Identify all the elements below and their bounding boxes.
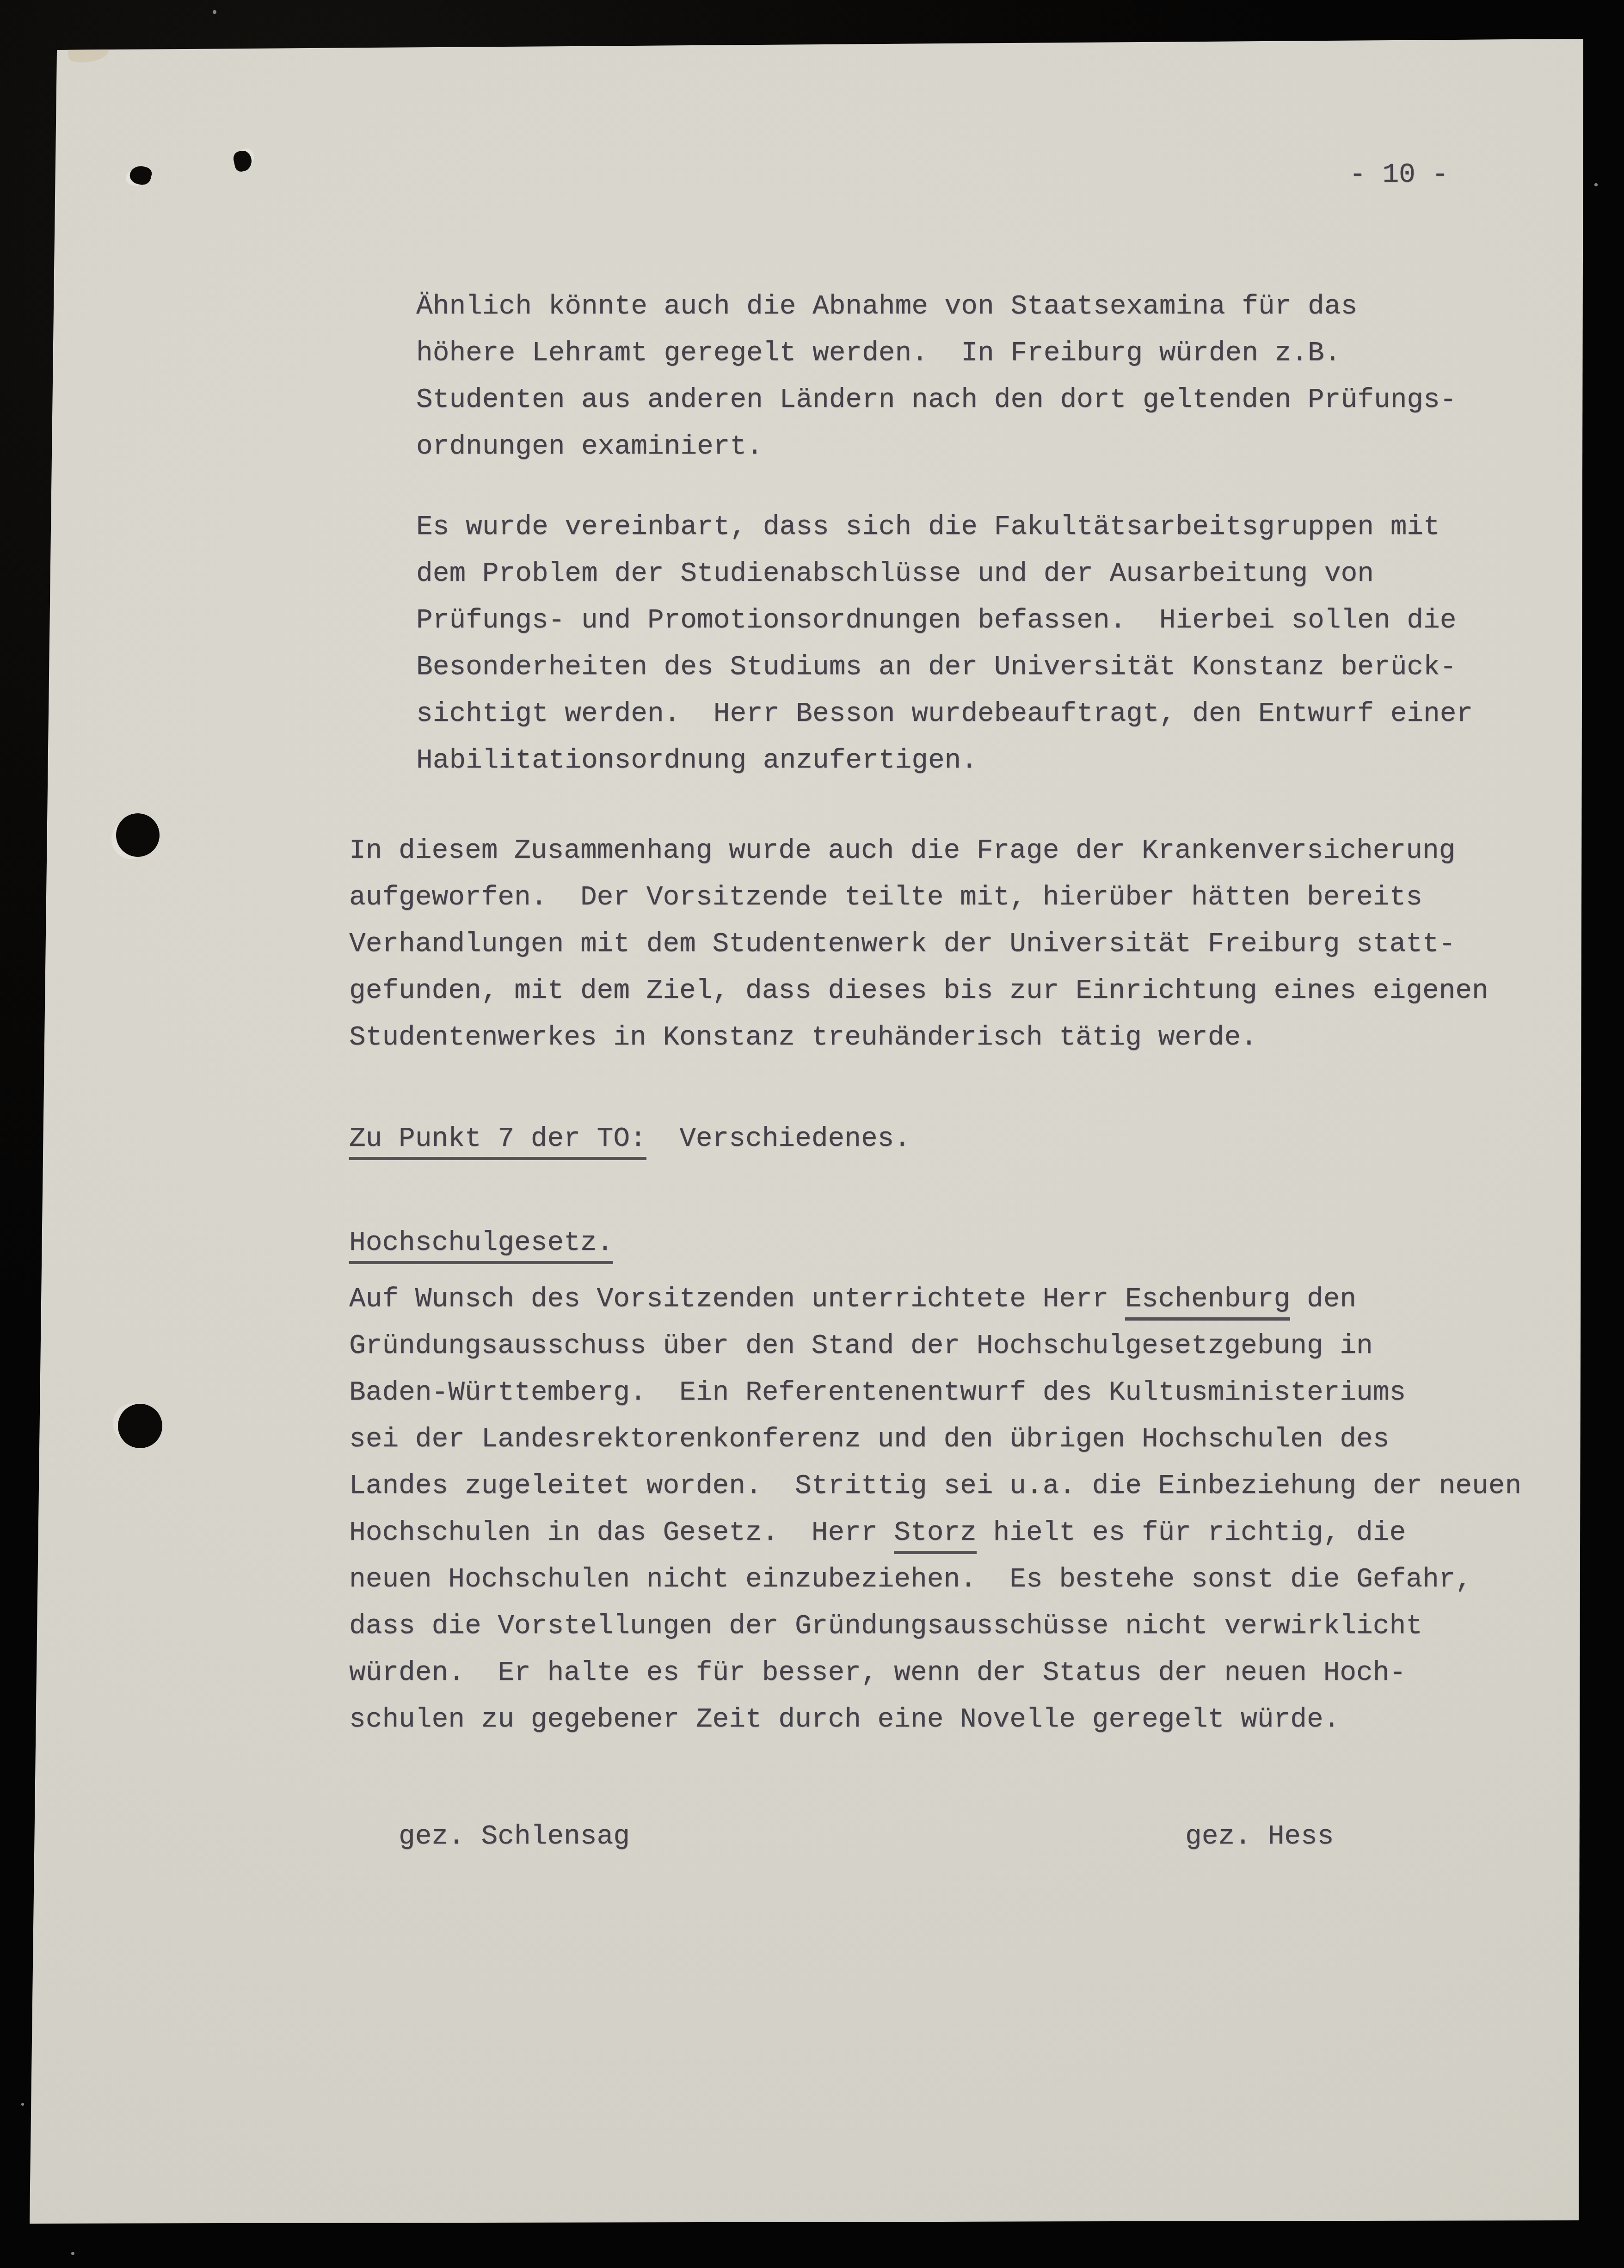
paragraph-hochschulgesetz: Auf Wunsch des Vorsitzenden unterrichtet…	[349, 1276, 1579, 1743]
dust-speck	[21, 2103, 24, 2106]
page-number: - 10 -	[1349, 151, 1448, 198]
person-name-eschenburg: Eschenburg	[1125, 1283, 1290, 1321]
punch-hole-top	[116, 813, 160, 857]
paper-corner-chip	[68, 45, 109, 64]
hochschulgesetz-text-1: Auf Wunsch des Vorsitzenden unterrichtet…	[349, 1283, 1125, 1315]
dust-speck	[213, 10, 216, 14]
scan-background: - 10 - Ähnlich könnte auch die Abnahme v…	[0, 0, 1624, 2268]
hochschulgesetz-text-2: den Gründungsausschuss über den Stand de…	[349, 1283, 1521, 1548]
heading-hochschulgesetz: Hochschulgesetz.	[349, 1219, 1561, 1266]
signature-left: gez. Schlensag	[399, 1813, 630, 1860]
paragraph-krankenversicherung: In diesem Zusammenhang wurde auch die Fr…	[349, 827, 1561, 1061]
paragraph-staatsexamina: Ähnlich könnte auch die Abnahme von Staa…	[416, 283, 1535, 470]
agenda-item-label: Zu Punkt 7 der TO:	[349, 1123, 646, 1160]
paragraph-fakultaetsarbeitsgruppen: Es wurde vereinbart, dass sich die Fakul…	[416, 504, 1535, 784]
pin-hole-left	[128, 164, 153, 187]
dust-speck	[71, 2252, 74, 2255]
heading-agenda-item-7: Zu Punkt 7 der TO: Verschiedenes.	[349, 1115, 1561, 1162]
signature-right: gez. Hess	[1185, 1813, 1334, 1860]
pin-hole-right	[232, 149, 253, 173]
person-name-storz: Storz	[894, 1517, 977, 1554]
hochschulgesetz-label: Hochschulgesetz.	[349, 1227, 613, 1264]
dust-speck	[1594, 183, 1598, 186]
agenda-item-topic: Verschiedenes.	[646, 1123, 910, 1154]
punch-hole-bottom	[118, 1404, 162, 1448]
paper-sheet: - 10 - Ähnlich könnte auch die Abnahme v…	[0, 0, 1624, 2268]
